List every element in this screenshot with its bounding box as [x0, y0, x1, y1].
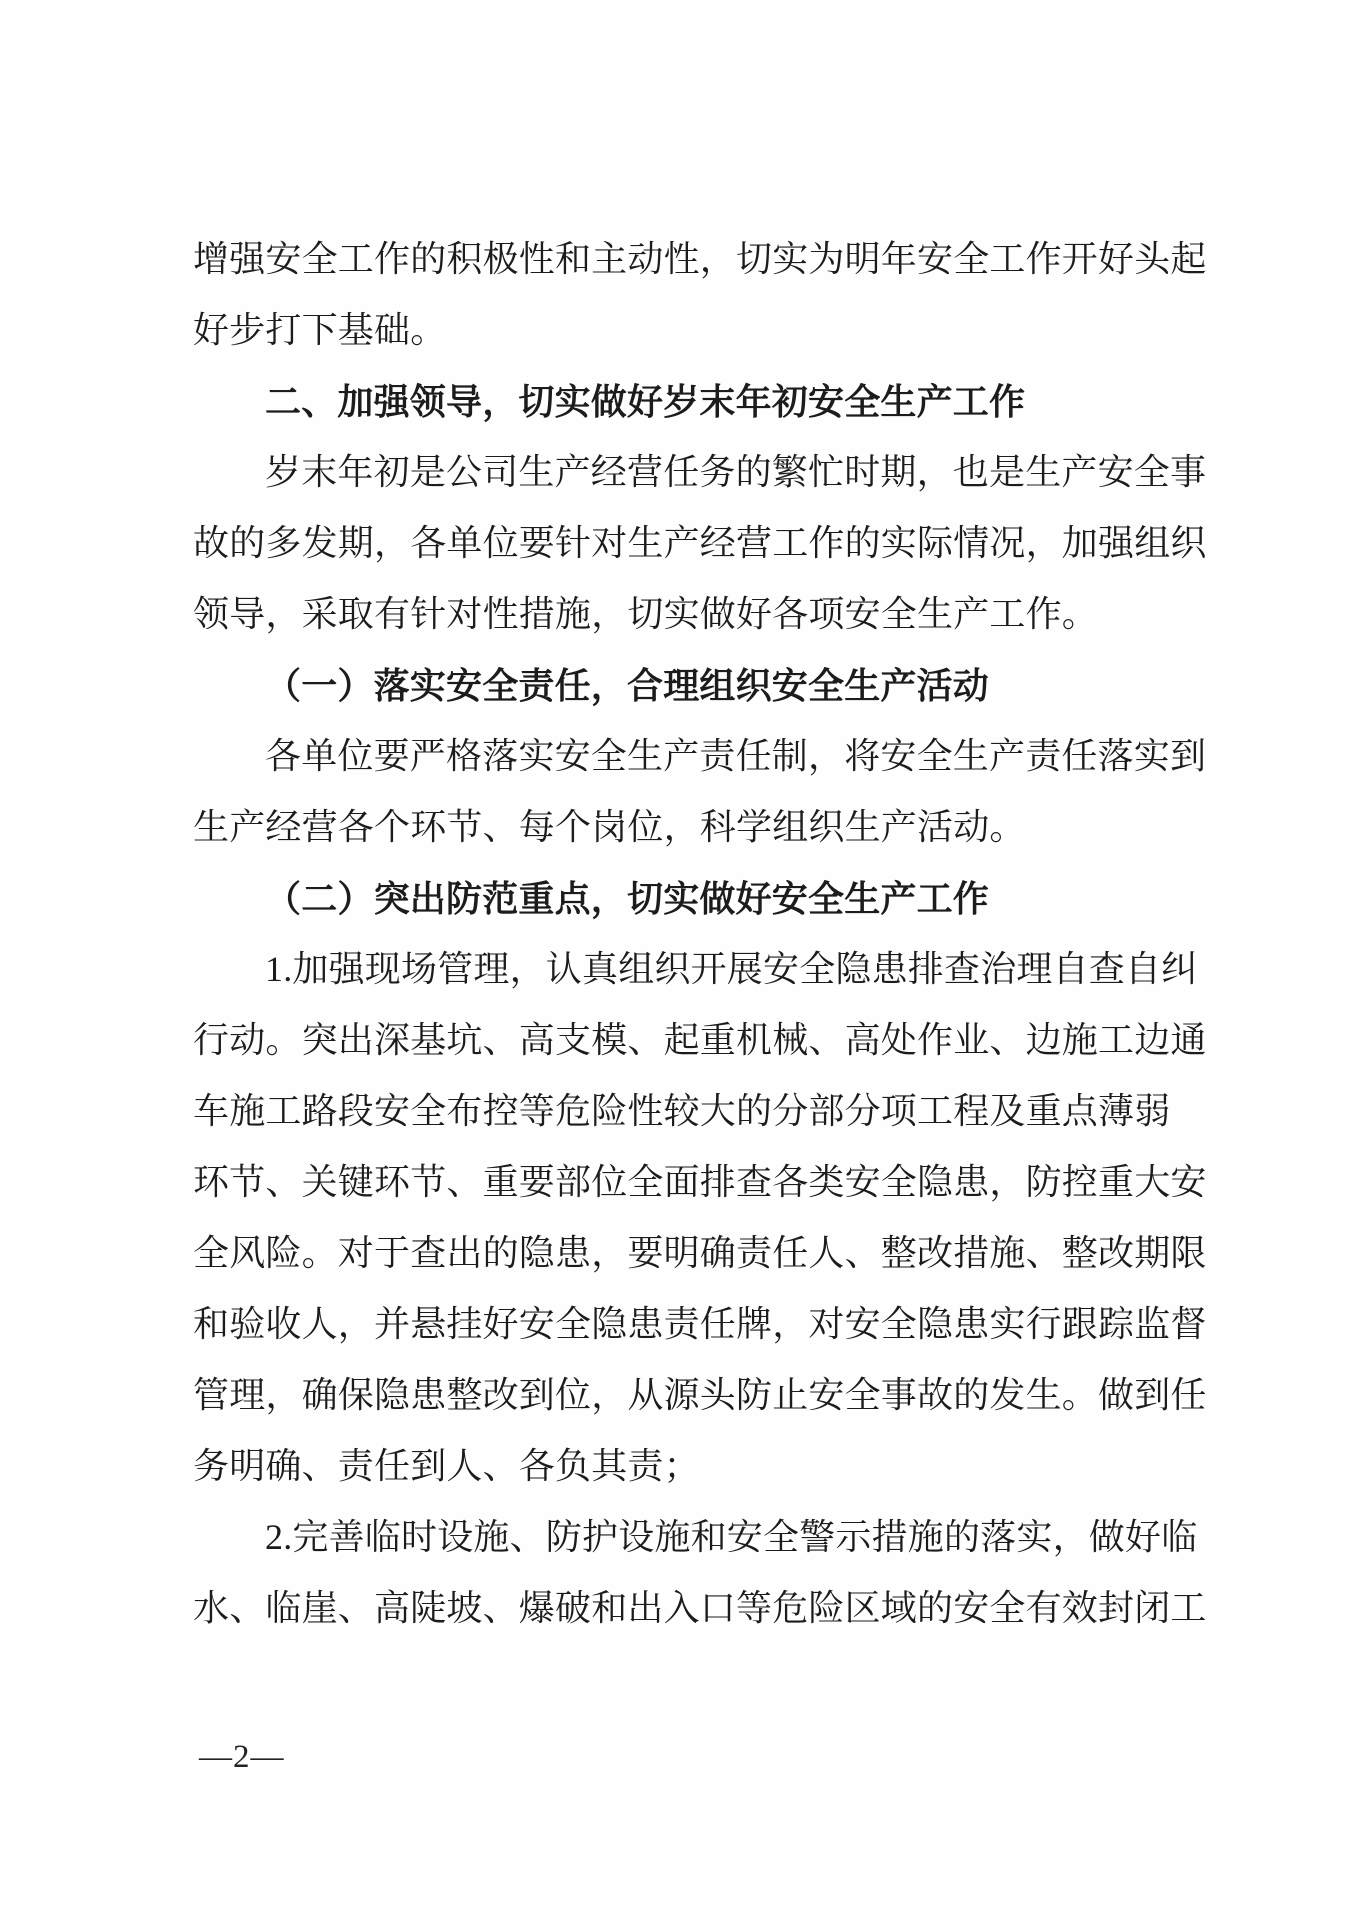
document-page: 增强安全工作的积极性和主动性，切实为明年安全工作开好头起 好步打下基础。 二、加… — [0, 0, 1358, 1920]
subsection-heading: （二）突出防范重点，切实做好安全生产工作 — [193, 863, 1205, 934]
text-line: 生产经营各个环节、每个岗位，科学组织生产活动。 — [193, 792, 1205, 863]
text-line: 全风险。对于查出的隐患，要明确责任人、整改措施、整改期限 — [193, 1218, 1205, 1289]
section-heading: 二、加强领导，切实做好岁末年初安全生产工作 — [193, 366, 1205, 437]
text-line: 好步打下基础。 — [193, 295, 1205, 366]
text-line: 务明确、责任到人、各负其责； — [193, 1431, 1205, 1502]
page-number: —2— — [199, 1737, 285, 1777]
text-line: 水、临崖、高陡坡、爆破和出入口等危险区域的安全有效封闭工 — [193, 1573, 1205, 1644]
text-line: 岁末年初是公司生产经营任务的繁忙时期，也是生产安全事 — [193, 437, 1205, 508]
text-line: 行动。突出深基坑、高支模、起重机械、高处作业、边施工边通 — [193, 1005, 1205, 1076]
text-line: 管理，确保隐患整改到位，从源头防止安全事故的发生。做到任 — [193, 1360, 1205, 1431]
text-line: 和验收人，并悬挂好安全隐患责任牌，对安全隐患实行跟踪监督 — [193, 1289, 1205, 1360]
text-line: 1.加强现场管理，认真组织开展安全隐患排查治理自查自纠 — [193, 934, 1205, 1005]
text-line: 故的多发期，各单位要针对生产经营工作的实际情况，加强组织 — [193, 508, 1205, 579]
text-line: 车施工路段安全布控等危险性较大的分部分项工程及重点薄弱 — [193, 1076, 1205, 1147]
text-line: 环节、关键环节、重要部位全面排查各类安全隐患，防控重大安 — [193, 1147, 1205, 1218]
text-block: 增强安全工作的积极性和主动性，切实为明年安全工作开好头起 好步打下基础。 二、加… — [193, 224, 1205, 1644]
text-line: 领导，采取有针对性措施，切实做好各项安全生产工作。 — [193, 579, 1205, 650]
text-line: 增强安全工作的积极性和主动性，切实为明年安全工作开好头起 — [193, 224, 1205, 295]
text-line: 各单位要严格落实安全生产责任制，将安全生产责任落实到 — [193, 721, 1205, 792]
text-line: 2.完善临时设施、防护设施和安全警示措施的落实，做好临 — [193, 1502, 1205, 1573]
subsection-heading: （一）落实安全责任，合理组织安全生产活动 — [193, 650, 1205, 721]
